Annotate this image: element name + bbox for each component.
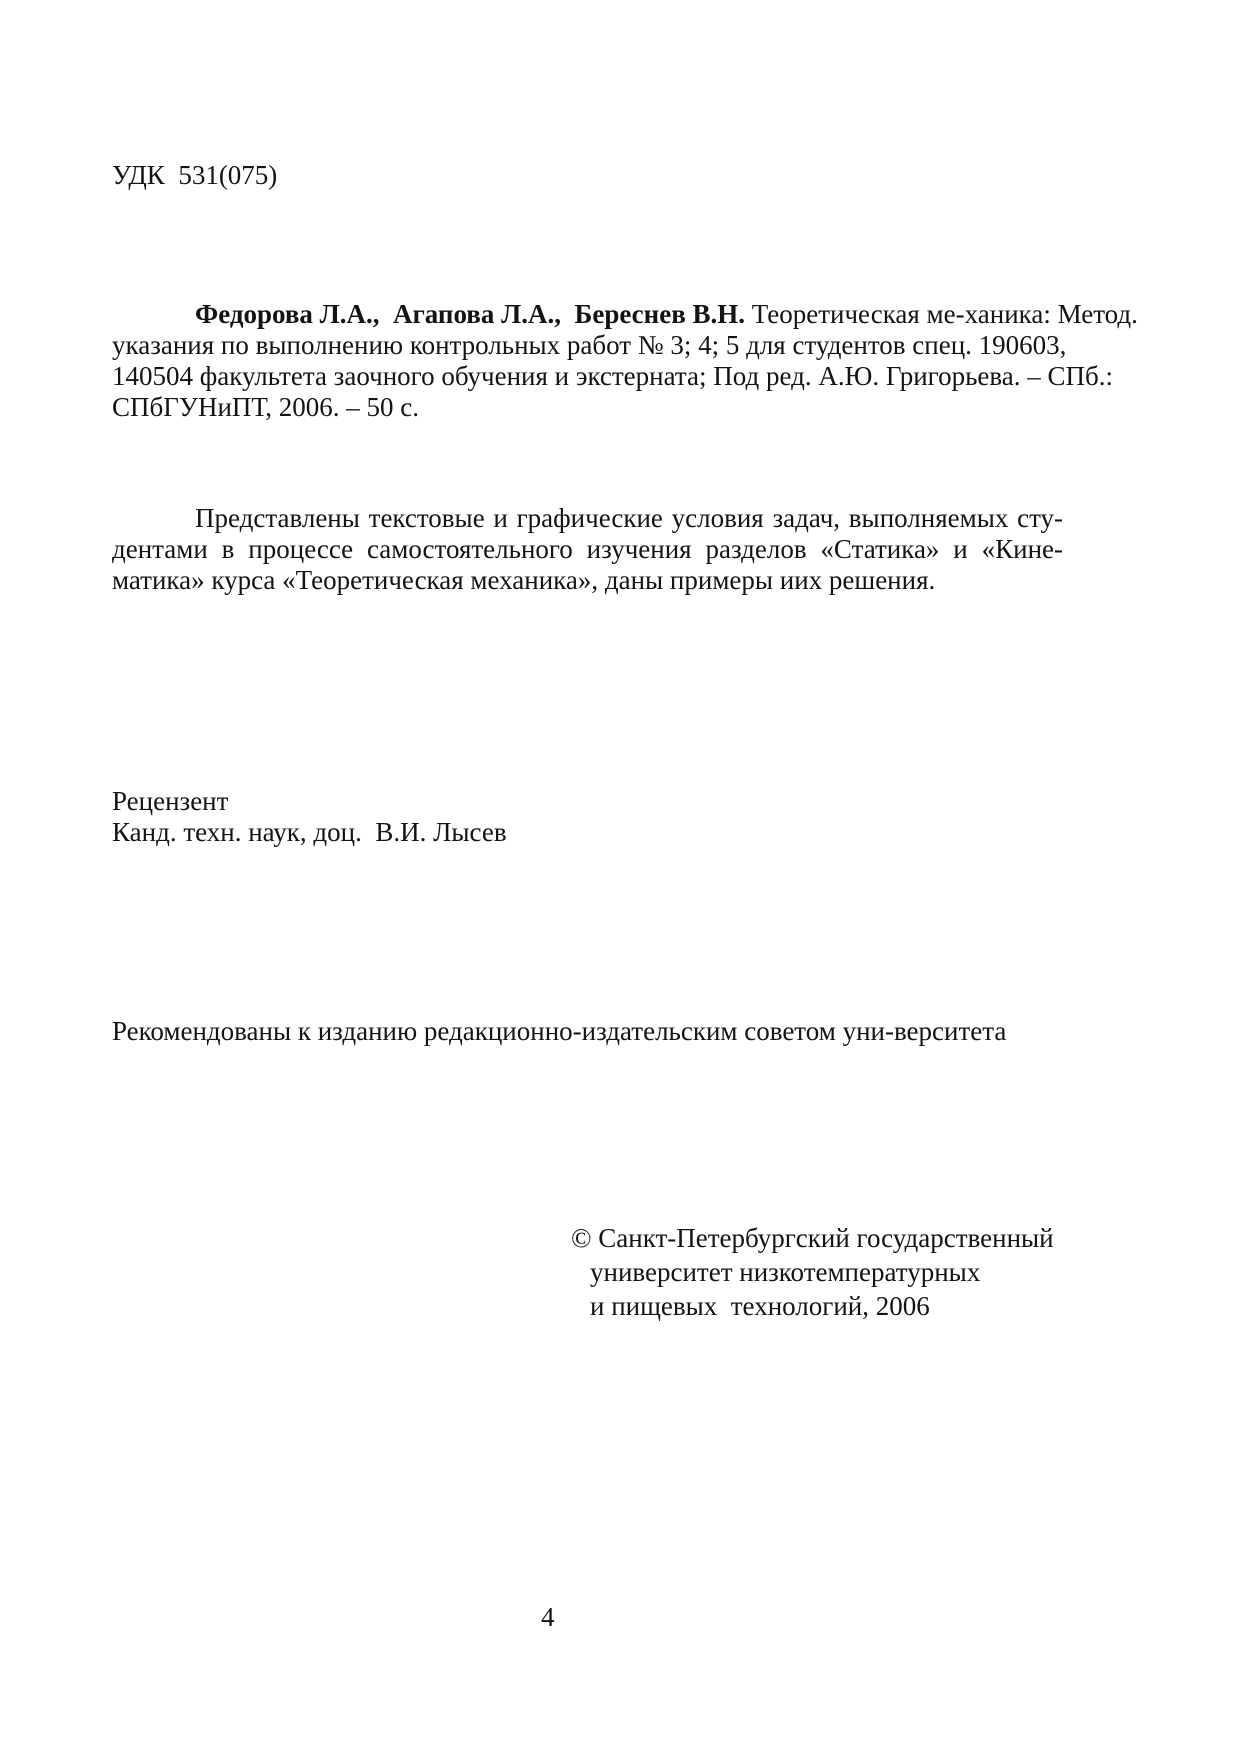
bibliographic-line: СПбГУНиПТ, 2006. – 50 с.	[112, 392, 1063, 423]
bibliographic-line: Федорова Л.А., Агапова Л.А., Береснев В.…	[112, 299, 1063, 330]
bibliographic-line: 140504 факультета заочного обучения и эк…	[112, 361, 1063, 392]
copyright-notice: © Санкт-Петербургский государственный ун…	[571, 1221, 1054, 1323]
abstract-line: Представлены текстовые и графические усл…	[112, 503, 1063, 534]
document-page: УДК 531(075) Федорова Л.А., Агапова Л.А.…	[0, 0, 1241, 1755]
reviewer-name: Канд. техн. наук, доц. В.И. Лысев	[112, 817, 507, 848]
authors-names: Федорова Л.А., Агапова Л.А., Береснев В.…	[195, 299, 745, 329]
bibliographic-record: Федорова Л.А., Агапова Л.А., Береснев В.…	[112, 299, 1063, 423]
abstract-line: матика» курса «Теоретическая механика», …	[112, 565, 1063, 596]
copyright-line: © Санкт-Петербургский государственный	[571, 1221, 1054, 1255]
recommendation-note: Рекомендованы к изданию редакционно-изда…	[112, 1016, 1006, 1047]
copyright-line: и пищевых технологий, 2006	[571, 1289, 1054, 1323]
udc-code: УДК 531(075)	[112, 160, 277, 191]
copyright-line: университет низкотемпературных	[571, 1255, 1054, 1289]
book-title: Теоретическая ме-ханика: Метод.	[752, 299, 1138, 329]
bibliographic-line: указания по выполнению контрольных работ…	[112, 330, 1063, 361]
reviewer-label: Рецензент	[112, 786, 507, 817]
abstract: Представлены текстовые и графические усл…	[112, 503, 1063, 596]
abstract-line: дентами в процессе самостоятельного изуч…	[112, 534, 1063, 565]
page-number: 4	[541, 1602, 555, 1633]
reviewer-section: Рецензент Канд. техн. наук, доц. В.И. Лы…	[112, 786, 507, 848]
